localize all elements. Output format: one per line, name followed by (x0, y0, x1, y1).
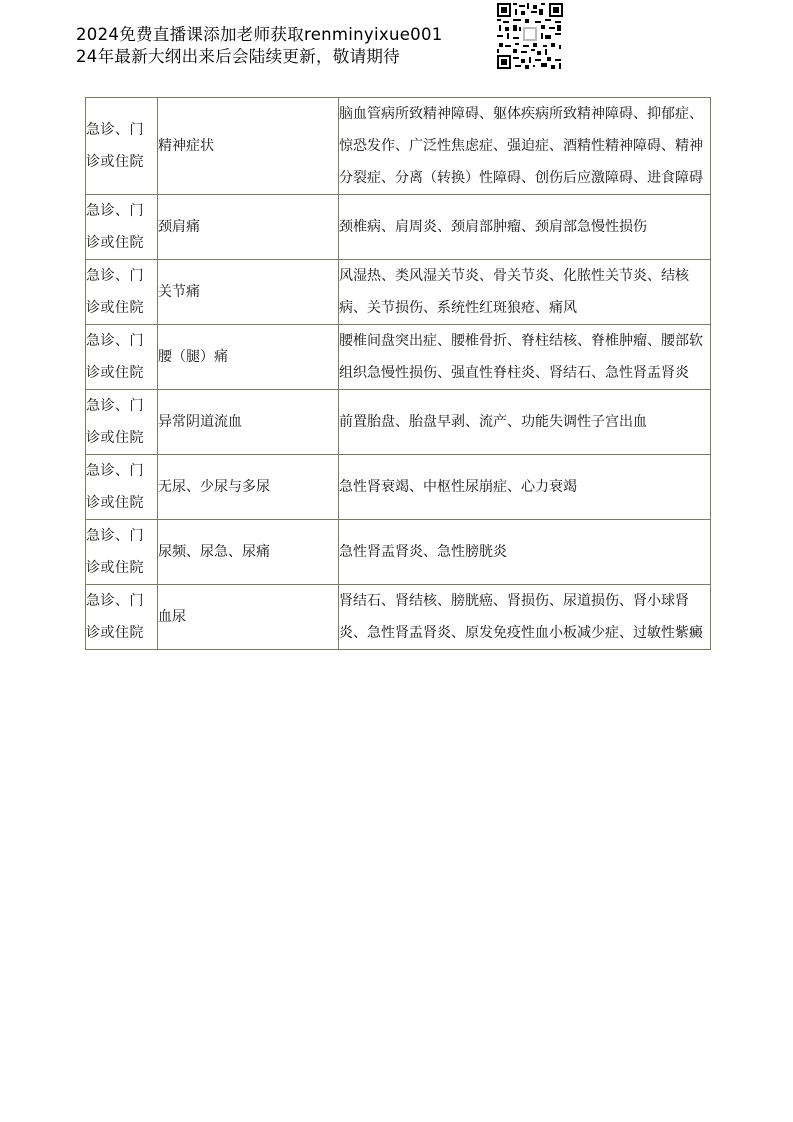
table-row: 急诊、门诊或住院 尿频、尿急、尿痛 急性肾盂肾炎、急性膀胱炎 (86, 520, 711, 585)
symptom-cell: 颈肩痛 (158, 195, 339, 260)
symptom-cell: 异常阴道流血 (158, 390, 339, 455)
table-row: 急诊、门诊或住院 无尿、少尿与多尿 急性肾衰竭、中枢性尿崩症、心力衰竭 (86, 455, 711, 520)
table-row: 急诊、门诊或住院 精神症状 脑血管病所致精神障碍、躯体疾病所致精神障碍、抑郁症、… (86, 98, 711, 195)
symptom-cell: 精神症状 (158, 98, 339, 195)
table-row: 急诊、门诊或住院 腰（腿）痛 腰椎间盘突出症、腰椎骨折、脊柱结核、脊椎肿瘤、腰部… (86, 325, 711, 390)
diseases-cell: 前置胎盘、胎盘早剥、流产、功能失调性子宫出血 (339, 390, 711, 455)
setting-cell: 急诊、门诊或住院 (86, 195, 158, 260)
symptom-cell: 尿频、尿急、尿痛 (158, 520, 339, 585)
setting-cell: 急诊、门诊或住院 (86, 520, 158, 585)
diseases-cell: 急性肾衰竭、中枢性尿崩症、心力衰竭 (339, 455, 711, 520)
setting-cell: 急诊、门诊或住院 (86, 585, 158, 650)
diseases-cell: 风湿热、类风湿关节炎、骨关节炎、化脓性关节炎、结核病、关节损伤、系统性红斑狼疮、… (339, 260, 711, 325)
symptom-cell: 腰（腿）痛 (158, 325, 339, 390)
diseases-cell: 肾结石、肾结核、膀胱癌、肾损伤、尿道损伤、肾小球肾炎、急性肾盂肾炎、原发免疫性血… (339, 585, 711, 650)
setting-cell: 急诊、门诊或住院 (86, 98, 158, 195)
diseases-cell: 脑血管病所致精神障碍、躯体疾病所致精神障碍、抑郁症、惊恐发作、广泛性焦虑症、强迫… (339, 98, 711, 195)
table-row: 急诊、门诊或住院 颈肩痛 颈椎病、肩周炎、颈肩部肿瘤、颈肩部急慢性损伤 (86, 195, 711, 260)
symptom-disease-table: 急诊、门诊或住院 精神症状 脑血管病所致精神障碍、躯体疾病所致精神障碍、抑郁症、… (85, 97, 711, 650)
symptom-cell: 血尿 (158, 585, 339, 650)
symptom-cell: 无尿、少尿与多尿 (158, 455, 339, 520)
table-row: 急诊、门诊或住院 异常阴道流血 前置胎盘、胎盘早剥、流产、功能失调性子宫出血 (86, 390, 711, 455)
setting-cell: 急诊、门诊或住院 (86, 455, 158, 520)
banner-line-2: 24年最新大纲出来后会陆续更新，敬请期待 (76, 46, 443, 68)
diseases-cell: 腰椎间盘突出症、腰椎骨折、脊柱结核、脊椎肿瘤、腰部软组织急慢性损伤、强直性脊柱炎… (339, 325, 711, 390)
setting-cell: 急诊、门诊或住院 (86, 260, 158, 325)
setting-cell: 急诊、门诊或住院 (86, 325, 158, 390)
setting-cell: 急诊、门诊或住院 (86, 390, 158, 455)
diseases-cell: 颈椎病、肩周炎、颈肩部肿瘤、颈肩部急慢性损伤 (339, 195, 711, 260)
symptom-cell: 关节痛 (158, 260, 339, 325)
diseases-cell: 急性肾盂肾炎、急性膀胱炎 (339, 520, 711, 585)
table-row: 急诊、门诊或住院 血尿 肾结石、肾结核、膀胱癌、肾损伤、尿道损伤、肾小球肾炎、急… (86, 585, 711, 650)
promo-banner: 2024免费直播课添加老师获取renminyixue001 24年最新大纲出来后… (76, 24, 443, 68)
table-row: 急诊、门诊或住院 关节痛 风湿热、类风湿关节炎、骨关节炎、化脓性关节炎、结核病、… (86, 260, 711, 325)
banner-line-1: 2024免费直播课添加老师获取renminyixue001 (76, 24, 443, 46)
qr-code-icon (497, 3, 563, 69)
